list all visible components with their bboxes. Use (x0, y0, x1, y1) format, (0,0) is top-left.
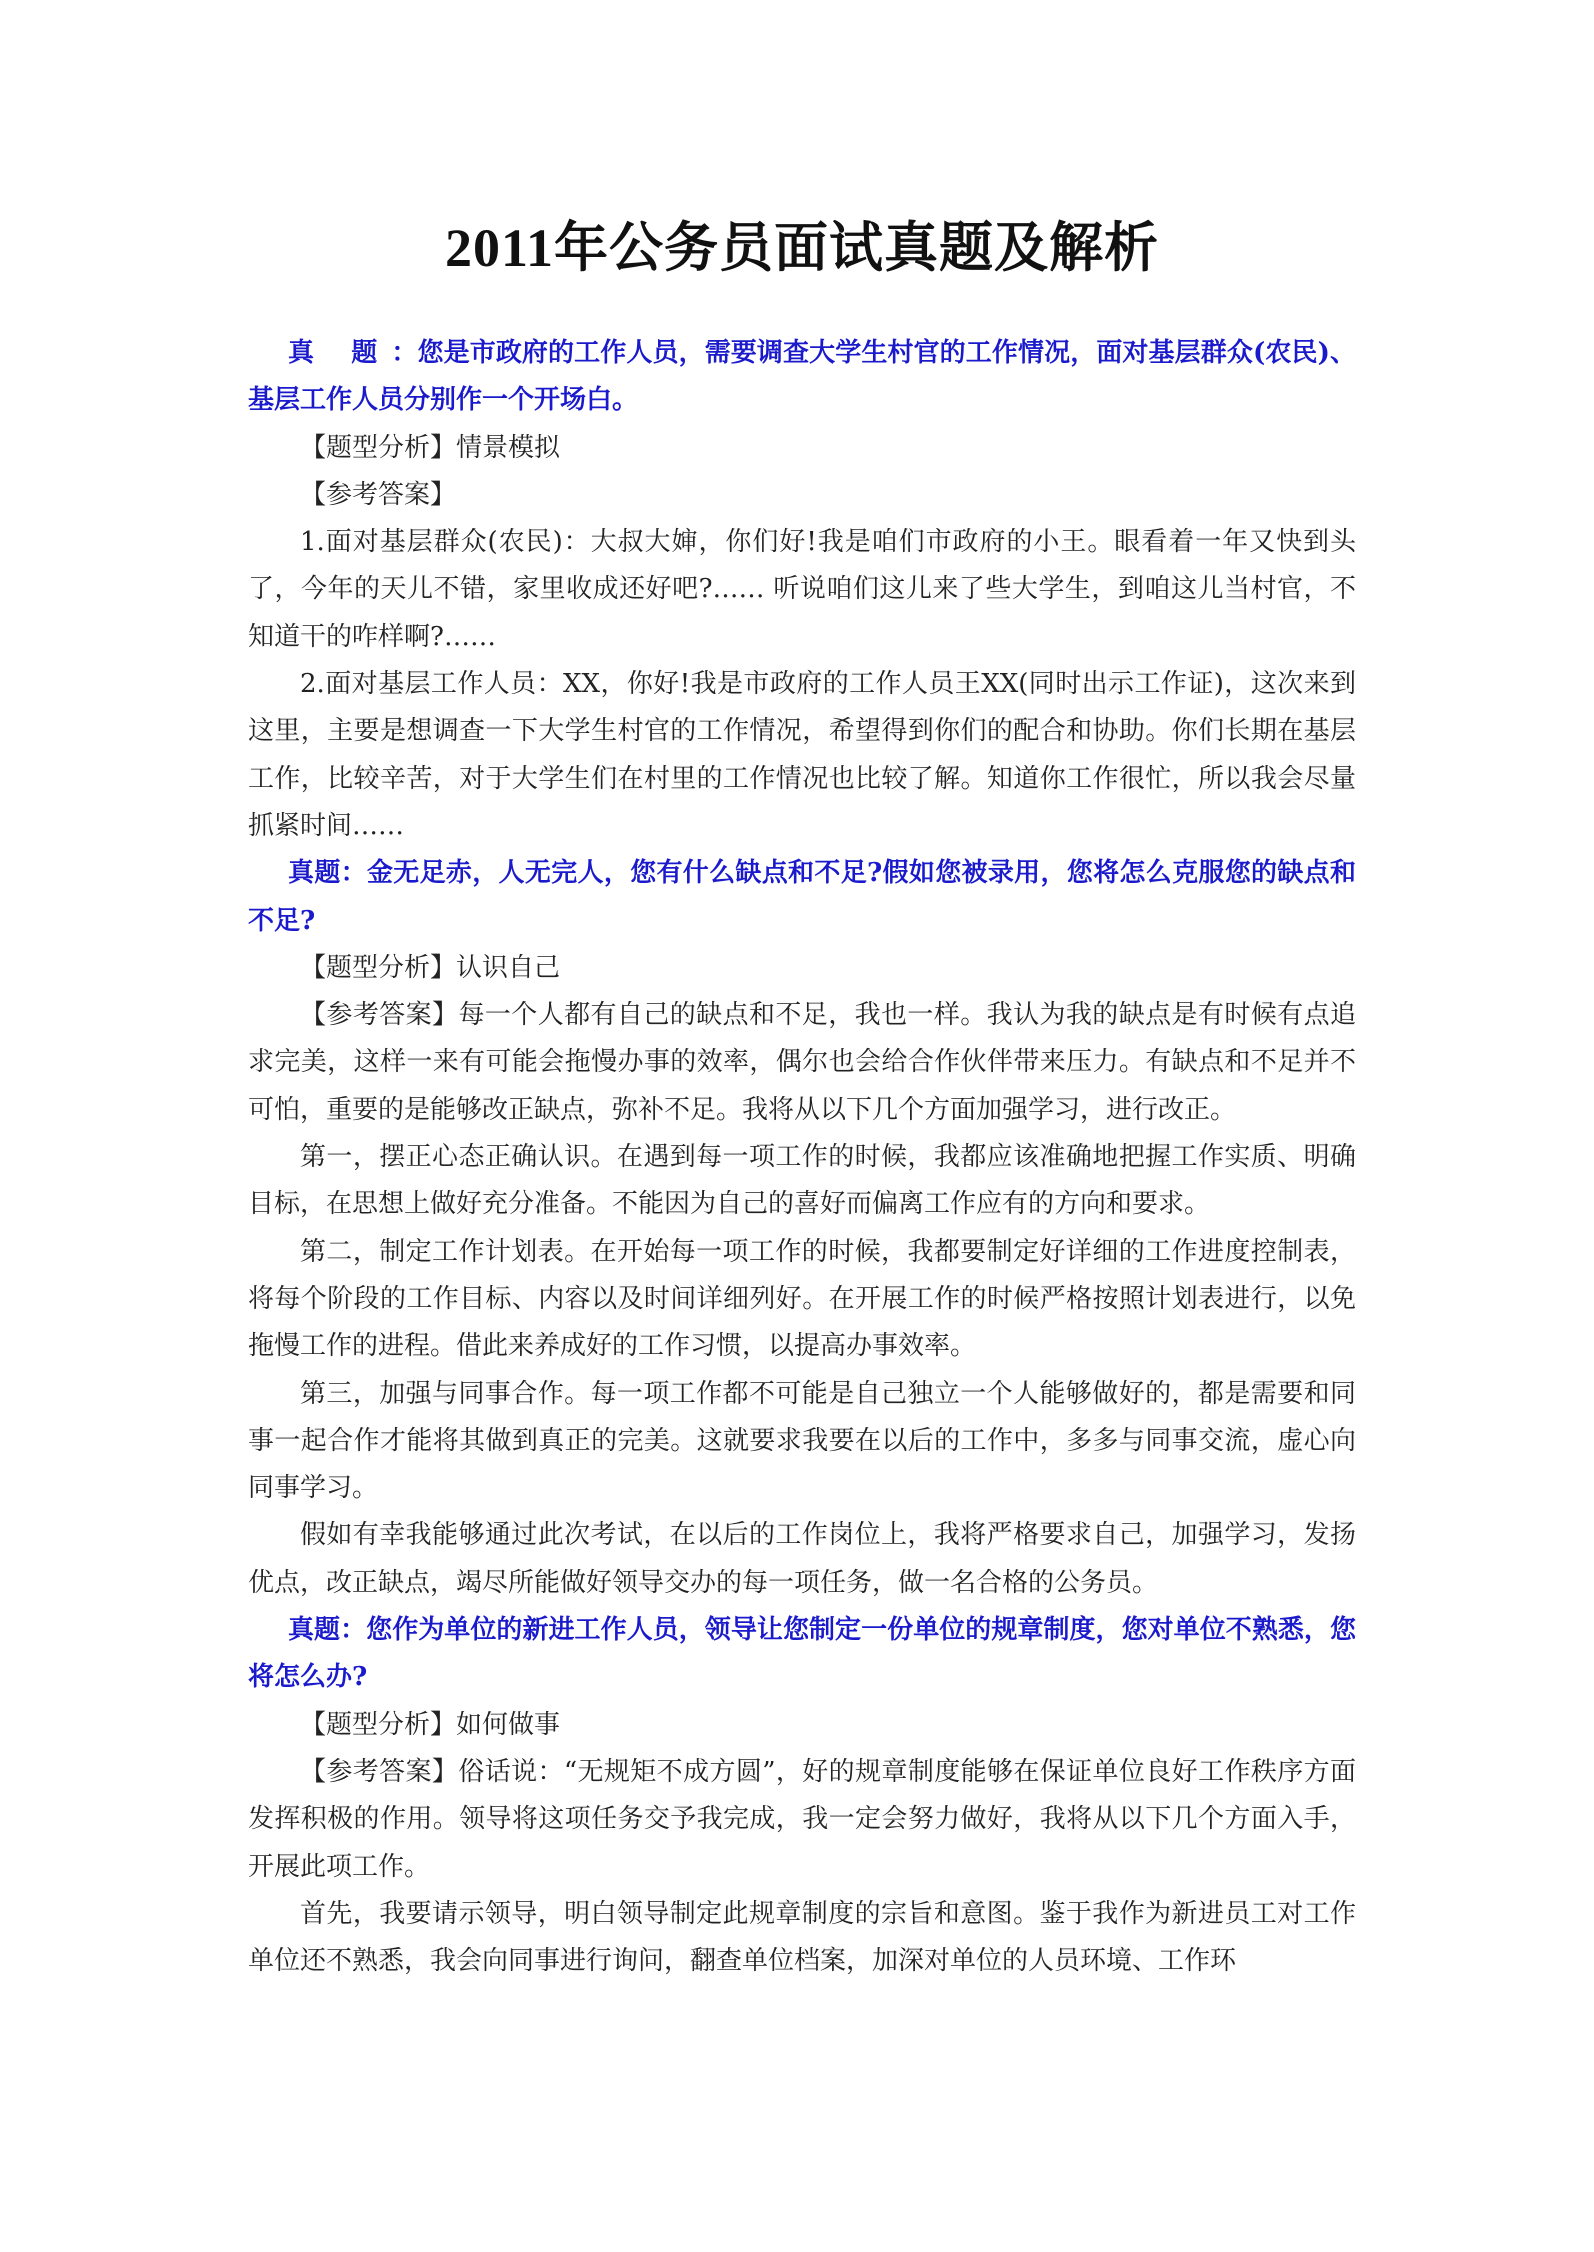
answer-paragraph: 第三，加强与同事合作。每一项工作都不可能是自己独立一个人能够做好的，都是需要和同… (248, 1371, 1356, 1513)
question-label: 真 题 (288, 338, 391, 368)
document-title: 2011年公务员面试真题及解析 (248, 205, 1356, 282)
question-3: 真题：您作为单位的新进工作人员，领导让您制定一份单位的规章制度，您对单位不熟悉，… (248, 1607, 1356, 1702)
question-text: ：金无足赤，人无完人，您有什么缺点和不足?假如您被录用，您将怎么克服您的缺点和不… (248, 858, 1356, 935)
question-1: 真 题：您是市政府的工作人员，需要调查大学生村官的工作情况，面对基层群众(农民)… (248, 330, 1356, 425)
question-text: ：您作为单位的新进工作人员，领导让您制定一份单位的规章制度，您对单位不熟悉，您将… (248, 1615, 1356, 1692)
answer-paragraph: 假如有幸我能够通过此次考试，在以后的工作岗位上，我将严格要求自己，加强学习，发扬… (248, 1512, 1356, 1607)
answer-paragraph: 1.面对基层群众(农民)：大叔大婶，你们好!我是咱们市政府的小王。眼看着一年又快… (248, 519, 1356, 661)
type-analysis-1: 【题型分析】情景模拟 (248, 425, 1356, 472)
answer-paragraph: 【参考答案】俗话说：“无规矩不成方圆”，好的规章制度能够在保证单位良好工作秩序方… (248, 1749, 1356, 1891)
answer-paragraph: 首先，我要请示领导，明白领导制定此规章制度的宗旨和意图。鉴于我作为新进员工对工作… (248, 1891, 1356, 1986)
answer-header-1: 【参考答案】 (248, 472, 1356, 519)
question-2: 真题：金无足赤，人无完人，您有什么缺点和不足?假如您被录用，您将怎么克服您的缺点… (248, 850, 1356, 945)
answer-paragraph: 2.面对基层工作人员：XX，你好!我是市政府的工作人员王XX(同时出示工作证)，… (248, 661, 1356, 850)
answer-paragraph: 第二，制定工作计划表。在开始每一项工作的时候，我都要制定好详细的工作进度控制表，… (248, 1229, 1356, 1371)
question-text: ：您是市政府的工作人员，需要调查大学生村官的工作情况，面对基层群众(农民)、基层… (248, 338, 1356, 415)
answer-paragraph: 第一，摆正心态正确认识。在遇到每一项工作的时候，我都应该准确地把握工作实质、明确… (248, 1134, 1356, 1229)
document-body: 真 题：您是市政府的工作人员，需要调查大学生村官的工作情况，面对基层群众(农民)… (248, 330, 1356, 1985)
answer-paragraph: 【参考答案】每一个人都有自己的缺点和不足，我也一样。我认为我的缺点是有时候有点追… (248, 992, 1356, 1134)
question-label: 真题 (288, 858, 341, 888)
type-analysis-2: 【题型分析】认识自己 (248, 945, 1356, 992)
type-analysis-3: 【题型分析】如何做事 (248, 1702, 1356, 1749)
question-label: 真题 (288, 1615, 340, 1645)
